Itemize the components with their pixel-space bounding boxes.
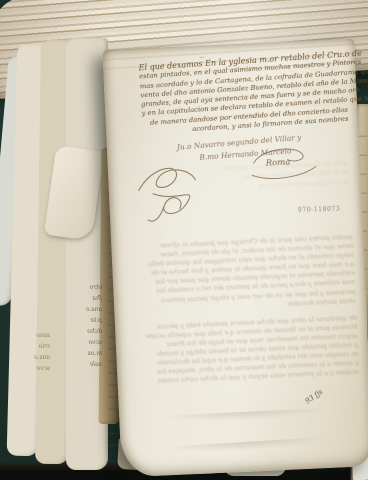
paper-crease bbox=[129, 407, 361, 430]
ink-bleed-through-main: quales partes una para la de Chriego que… bbox=[121, 233, 359, 388]
edge-writing-fragment: dcho bbox=[58, 326, 102, 337]
edge-writing-fragment: m.os bbox=[58, 348, 102, 359]
main-handwritten-paragraph: El que dexamos En la yglesia m.or retabl… bbox=[138, 50, 348, 138]
edge-writing-fragment: otro bbox=[58, 282, 102, 293]
edge-writing-column: otro fha ans.o p.te dcho scvo m.os vale bbox=[58, 282, 102, 370]
edge-writing-fragment: scvo bbox=[58, 337, 102, 348]
edge-writing-fragment: scvo bbox=[16, 363, 50, 374]
archival-number-annotation: 970-118073 bbox=[298, 206, 341, 214]
roma-signature-rubric: Roma bbox=[249, 144, 321, 187]
edge-writing-fragment: ans.o bbox=[58, 304, 102, 315]
edge-writing-fragment: ans.o bbox=[16, 352, 50, 363]
top-folio: ~ y en ello se obligaron con sus persona… bbox=[102, 39, 368, 478]
edge-writing-fragment: fha bbox=[58, 293, 102, 304]
edge-writing-fragment: ssno bbox=[16, 330, 50, 341]
edge-writing-fragment: rrio bbox=[16, 341, 50, 352]
notarial-rubric-flourish bbox=[131, 153, 214, 227]
paper-crease bbox=[131, 435, 363, 462]
edge-writing-column: ssno rrio ans.o scvo bbox=[16, 330, 50, 374]
edge-writing-fragment: vale bbox=[58, 359, 102, 370]
rubric-name: Roma bbox=[266, 158, 291, 169]
edge-writing-fragment: p.te bbox=[58, 315, 102, 326]
folio-count-annotation: 93 fjs bbox=[304, 388, 325, 406]
